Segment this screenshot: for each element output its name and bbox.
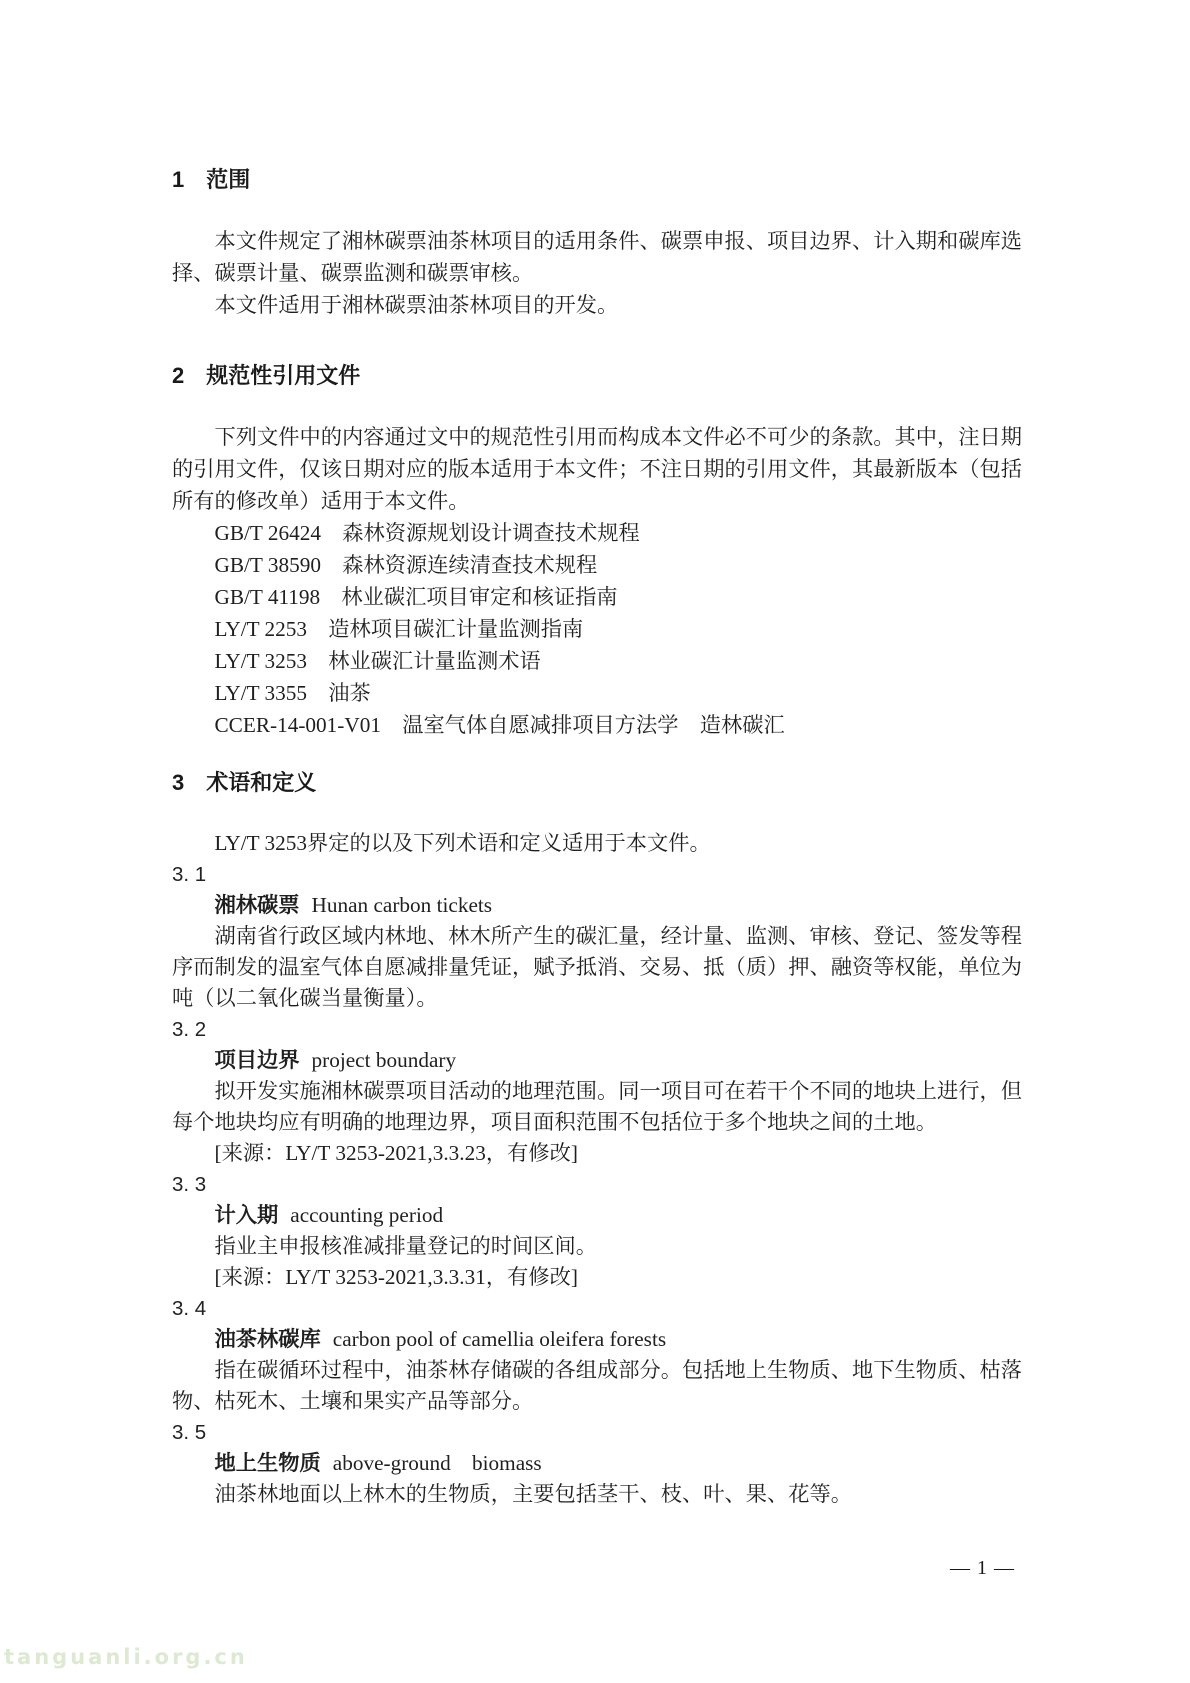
term-block-3-2: 3. 2 项目边界project boundary 拟开发实施湘林碳票项目活动的… (172, 1014, 1022, 1169)
term-number: 3. 2 (172, 1014, 1022, 1045)
term-title: 项目边界project boundary (172, 1045, 1022, 1076)
term-name-en: above-ground biomass (333, 1451, 542, 1475)
term-name-zh: 项目边界 (215, 1048, 300, 1072)
term-source: [来源：LY/T 3253-2021,3.3.31，有修改] (172, 1262, 1022, 1293)
reference-item: GB/T 26424 森林资源规划设计调查技术规程 (172, 517, 1022, 549)
normative-reference-list: GB/T 26424 森林资源规划设计调查技术规程 GB/T 38590 森林资… (172, 517, 1022, 741)
section-2-intro: 下列文件中的内容通过文中的规范性引用而构成本文件必不可少的条款。其中，注日期的引… (172, 421, 1022, 517)
section-1-paragraph-2: 本文件适用于湘林碳票油茶林项目的开发。 (172, 289, 1022, 321)
reference-item: GB/T 38590 森林资源连续清查技术规程 (172, 549, 1022, 581)
term-title: 湘林碳票Hunan carbon tickets (172, 890, 1022, 921)
term-name-zh: 计入期 (215, 1203, 279, 1227)
watermark: tanguanli.org.cn (4, 1645, 248, 1669)
term-block-3-3: 3. 3 计入期accounting period 指业主申报核准减排量登记的时… (172, 1169, 1022, 1293)
section-3-intro: LY/T 3253界定的以及下列术语和定义适用于本文件。 (172, 828, 1022, 859)
page-number: — 1 — (950, 1557, 1015, 1580)
reference-item: GB/T 41198 林业碳汇项目审定和核证指南 (172, 581, 1022, 613)
term-name-en: carbon pool of camellia oleifera forests (333, 1327, 666, 1351)
reference-item: LY/T 2253 造林项目碳汇计量监测指南 (172, 613, 1022, 645)
section-1-paragraph-1: 本文件规定了湘林碳票油茶林项目的适用条件、碳票申报、项目边界、计入期和碳库选择、… (172, 225, 1022, 289)
term-block-3-4: 3. 4 油茶林碳库carbon pool of camellia oleife… (172, 1293, 1022, 1417)
term-name-zh: 地上生物质 (215, 1451, 321, 1475)
term-number: 3. 3 (172, 1169, 1022, 1200)
term-definition: 油茶林地面以上林木的生物质，主要包括茎干、枝、叶、果、花等。 (172, 1479, 1022, 1510)
reference-item: LY/T 3253 林业碳汇计量监测术语 (172, 645, 1022, 677)
document-page: 1 范围 本文件规定了湘林碳票油茶林项目的适用条件、碳票申报、项目边界、计入期和… (0, 0, 1190, 1683)
term-definition: 指在碳循环过程中，油茶林存储碳的各组成部分。包括地上生物质、地下生物质、枯落物、… (172, 1355, 1022, 1417)
term-name-en: Hunan carbon tickets (312, 893, 493, 917)
term-title: 油茶林碳库carbon pool of camellia oleifera fo… (172, 1324, 1022, 1355)
term-name-en: accounting period (290, 1203, 443, 1227)
term-title: 地上生物质above-ground biomass (172, 1448, 1022, 1479)
term-name-en: project boundary (312, 1048, 457, 1072)
reference-item: LY/T 3355 油茶 (172, 677, 1022, 709)
term-name-zh: 湘林碳票 (215, 893, 300, 917)
term-number: 3. 4 (172, 1293, 1022, 1324)
term-definition: 指业主申报核准减排量登记的时间区间。 (172, 1231, 1022, 1262)
document-content: 1 范围 本文件规定了湘林碳票油茶林项目的适用条件、碳票申报、项目边界、计入期和… (172, 163, 1022, 1510)
term-source: [来源：LY/T 3253-2021,3.3.23，有修改] (172, 1138, 1022, 1169)
term-title: 计入期accounting period (172, 1200, 1022, 1231)
term-block-3-5: 3. 5 地上生物质above-ground biomass 油茶林地面以上林木… (172, 1417, 1022, 1510)
section-1-heading: 1 范围 (172, 163, 1022, 197)
terms-and-definitions: LY/T 3253界定的以及下列术语和定义适用于本文件。 3. 1 湘林碳票Hu… (172, 828, 1022, 1510)
term-name-zh: 油茶林碳库 (215, 1327, 321, 1351)
term-block-3-1: 3. 1 湘林碳票Hunan carbon tickets 湖南省行政区域内林地… (172, 859, 1022, 1014)
term-number: 3. 1 (172, 859, 1022, 890)
section-3-heading: 3 术语和定义 (172, 766, 1022, 800)
term-number: 3. 5 (172, 1417, 1022, 1448)
term-definition: 拟开发实施湘林碳票项目活动的地理范围。同一项目可在若干个不同的地块上进行，但每个… (172, 1076, 1022, 1138)
reference-item: CCER-14-001-V01 温室气体自愿减排项目方法学 造林碳汇 (172, 709, 1022, 741)
section-2-heading: 2 规范性引用文件 (172, 359, 1022, 393)
term-definition: 湖南省行政区域内林地、林木所产生的碳汇量，经计量、监测、审核、登记、签发等程序而… (172, 921, 1022, 1014)
